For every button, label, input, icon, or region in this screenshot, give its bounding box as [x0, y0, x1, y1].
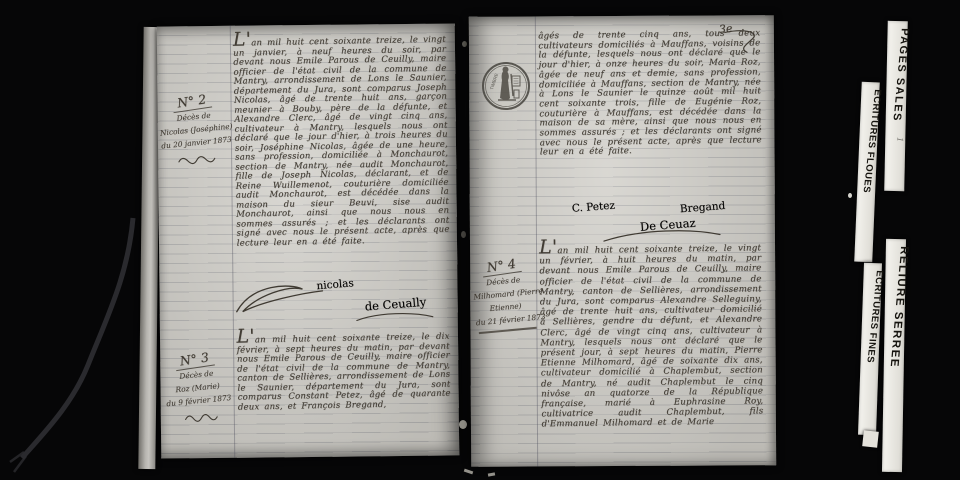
tab-label: ECRITURES FLOUES	[860, 89, 883, 193]
signature-flourish	[232, 281, 327, 316]
binding-stitch	[461, 231, 466, 238]
death-record-entry-4-text: L'an mil huit cent soixante treize, le v…	[539, 240, 764, 469]
dust-speck	[848, 193, 852, 198]
tab-label: ECRITURES FINES	[864, 270, 885, 363]
tab-label: RELIURE SERREE	[888, 246, 911, 368]
tab-ecritures-fines: ECRITURES FINES	[858, 263, 882, 436]
tab-reliure-serree: RELIURE SERREE	[882, 239, 906, 472]
tab-edge-fragment	[862, 430, 879, 447]
signature: nicolas	[316, 277, 354, 292]
binding-stitch	[459, 420, 467, 429]
tab-label: PAGES SALES	[890, 28, 911, 122]
margin-squiggle	[176, 153, 219, 166]
binding-stitch	[462, 41, 467, 47]
margin-note-entry-4: N° 4 Décès de Milhomard (Pierre Etienne)…	[470, 252, 539, 334]
margin-note-entry-2: N° 2 Décès de Nicolas (Joséphine) du 20 …	[156, 87, 233, 171]
tab-pages-sales: PAGES SALES 1	[884, 21, 908, 191]
margin-rule-line	[535, 16, 538, 466]
signature-block-entry-3: C. Petez Bregand De Ceuaz	[540, 198, 762, 241]
microfilm-photo: N° 2 Décès de Nicolas (Joséphine) du 20 …	[0, 0, 960, 480]
tab-handwritten-note: 1	[895, 136, 904, 143]
page-corner-fragment	[464, 469, 473, 475]
signature-flourish	[355, 310, 435, 325]
death-record-entry-3-text: L'an mil huit cent soixante treize, le d…	[236, 329, 451, 455]
bookmark-ribbon	[0, 0, 160, 480]
signature: Bregand	[679, 200, 725, 215]
margin-note-entry-3: N° 3 Décès de Roz (Marie) du 9 février 1…	[159, 345, 236, 429]
margin-squiggle	[183, 411, 218, 423]
tab-ecritures-floues: ECRITURES FLOUES	[854, 82, 880, 263]
revenue-stamp-icon: TIMBRE	[480, 60, 532, 112]
death-record-entry-2-text: L'an mil huit cent soixante treize, le v…	[233, 32, 451, 284]
page-corner-fragment	[488, 472, 495, 476]
signature: C. Petez	[571, 200, 615, 215]
death-record-entry-3-continuation-text: âgés de trente cinq ans, tous deux culti…	[538, 29, 762, 198]
left-page: N° 2 Décès de Nicolas (Joséphine) du 20 …	[157, 23, 460, 458]
signature-block-entry-2: nicolas de Ceually	[236, 276, 450, 328]
